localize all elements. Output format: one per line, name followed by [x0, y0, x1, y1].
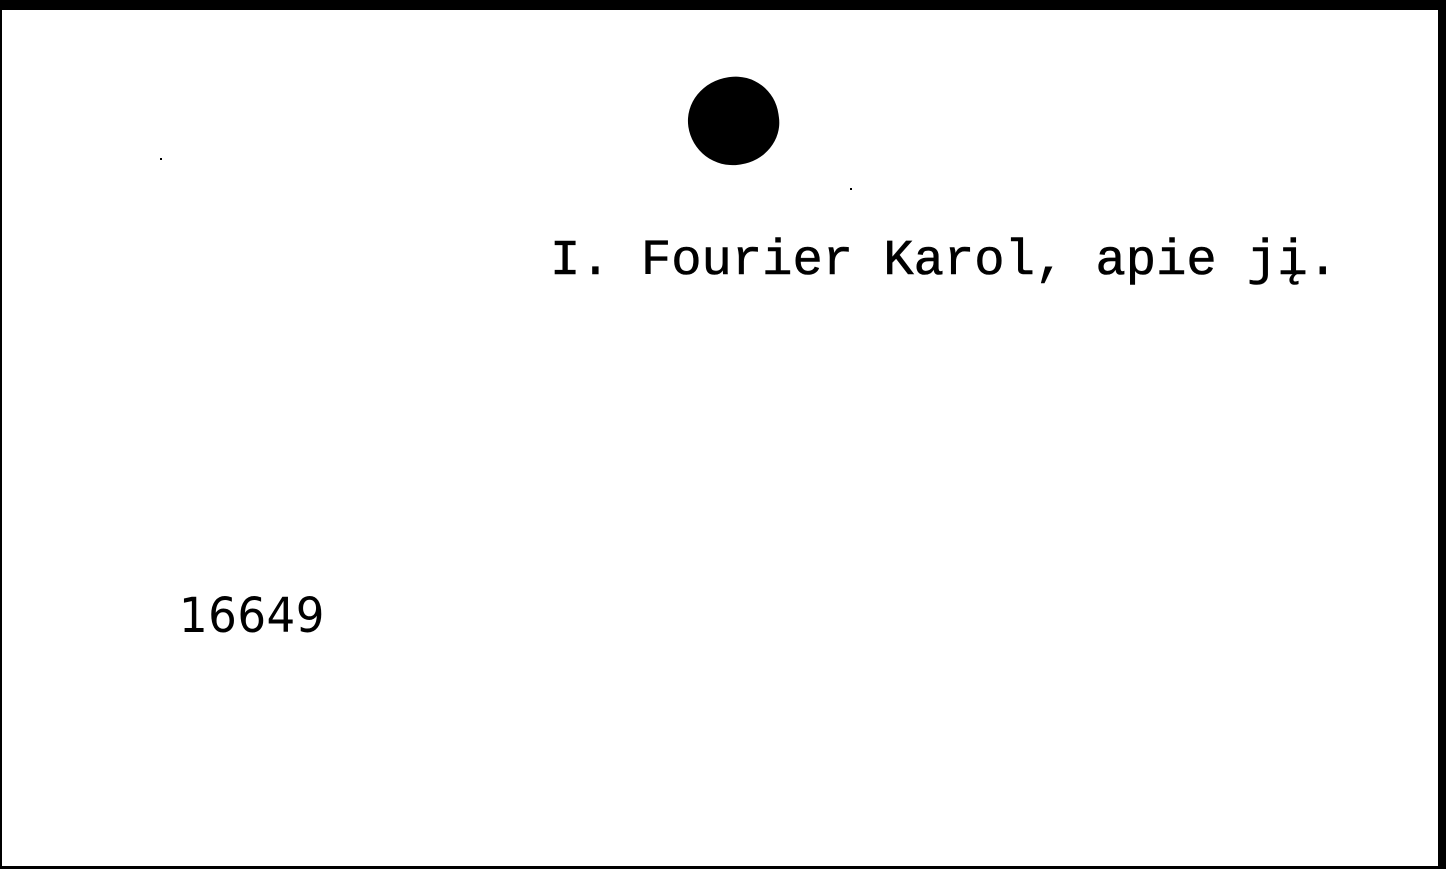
index-card: I. Fourier Karol, apie jį. 16649: [2, 10, 1438, 866]
scan-speck: [160, 158, 162, 160]
catalog-number: 16649: [179, 588, 325, 644]
scan-speck: [850, 188, 852, 190]
card-heading: I. Fourier Karol, apie jį.: [550, 232, 1338, 292]
punch-hole: [682, 71, 784, 171]
